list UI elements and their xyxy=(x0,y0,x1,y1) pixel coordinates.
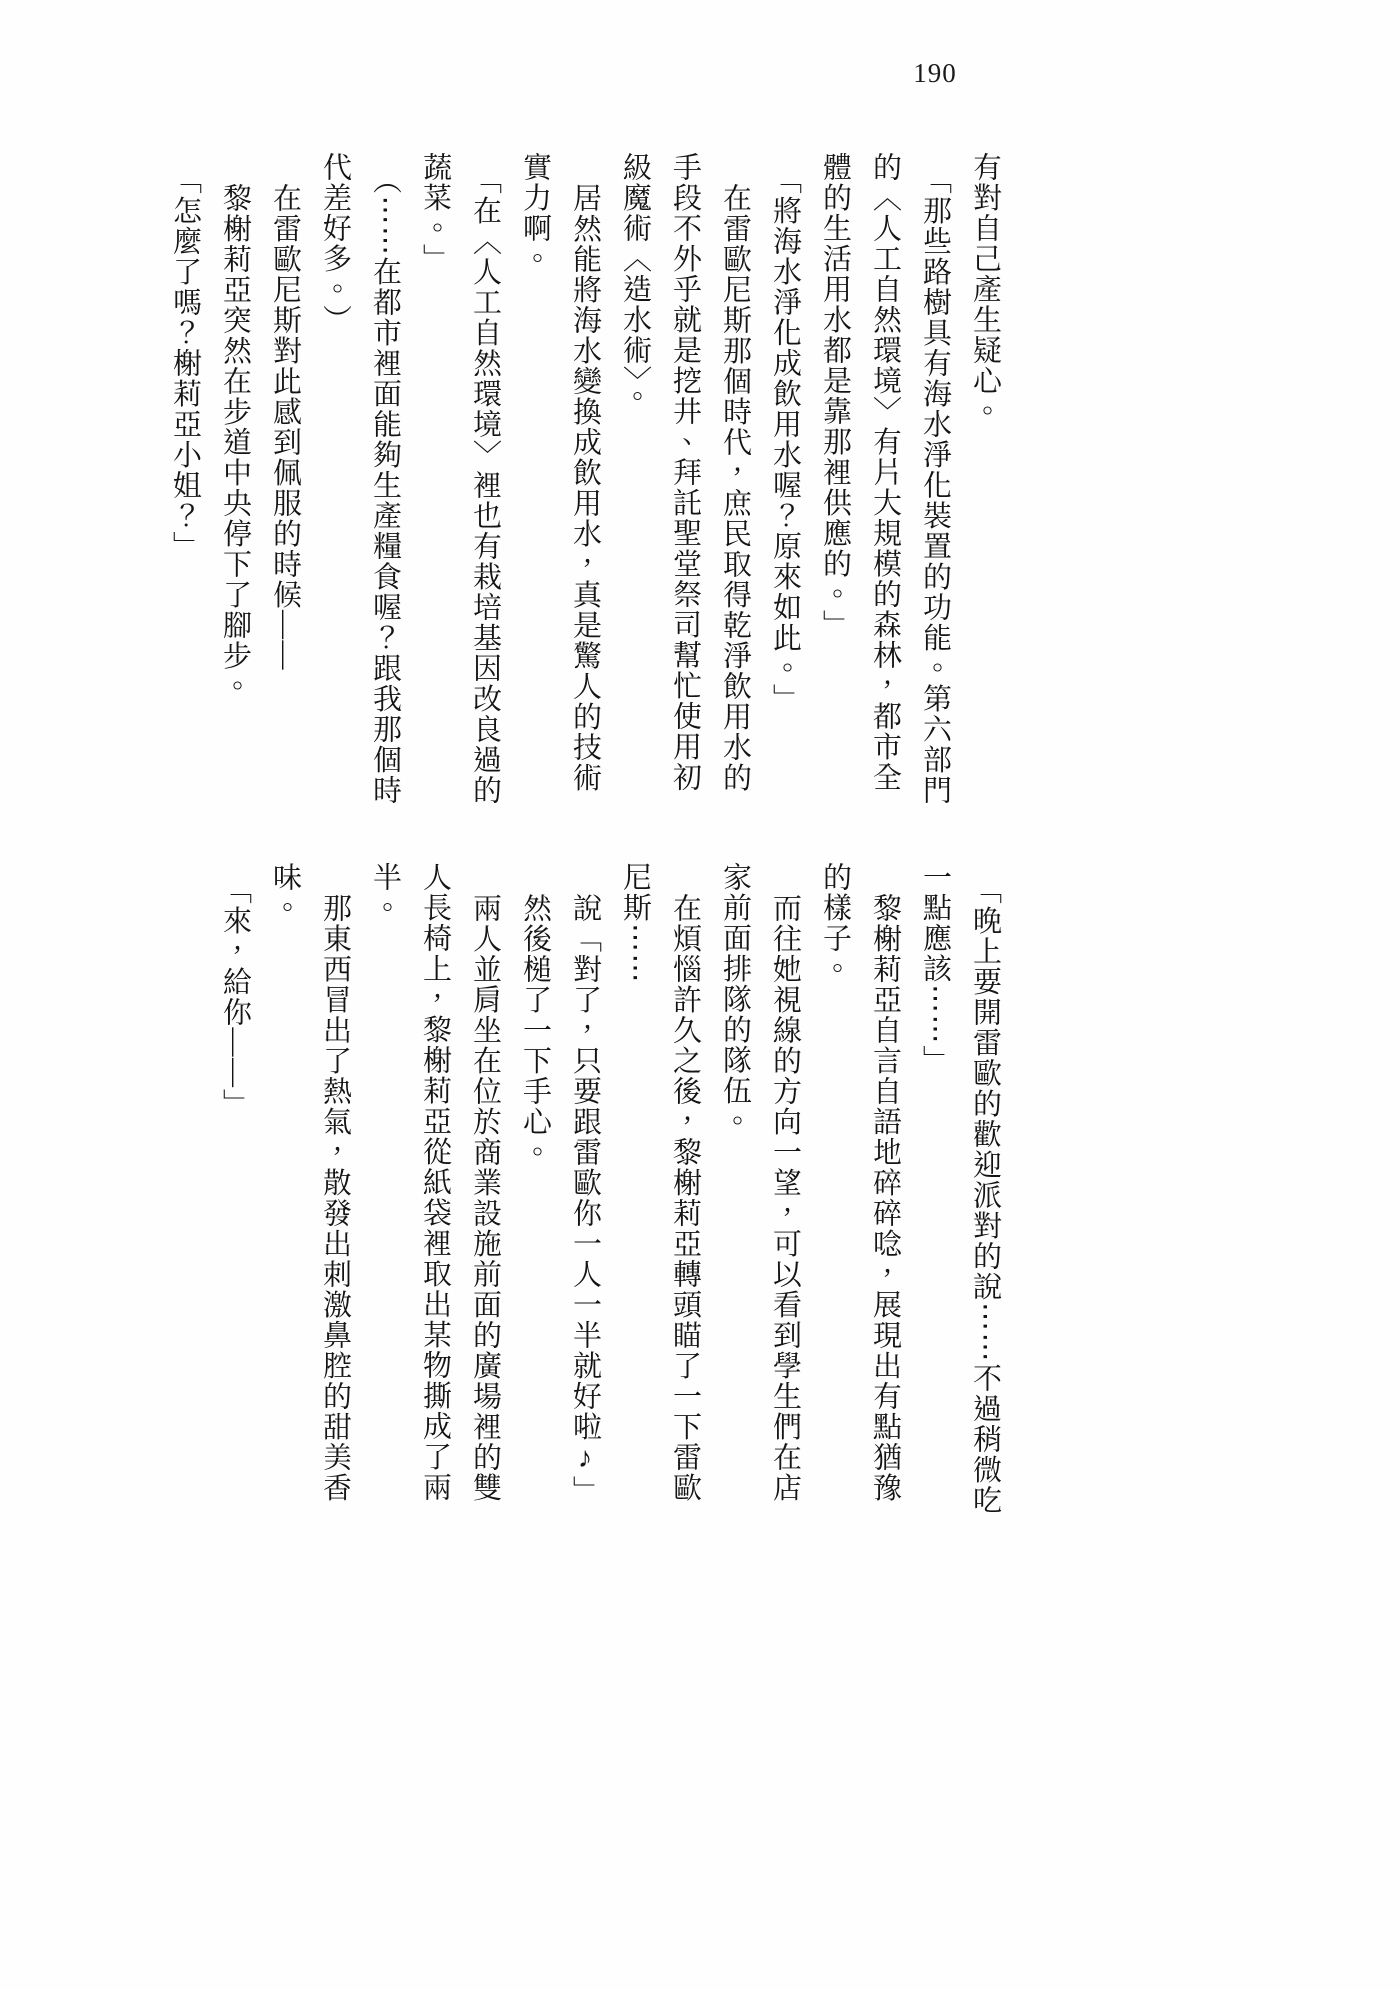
text-line: 「那些路樹具有海水淨化裝置的功能。第六部門 xyxy=(910,152,960,800)
text-line: 一點應該⋯⋯」 xyxy=(910,862,960,1510)
text-line: 居然能將海水變換成飲用水，真是驚人的技術 xyxy=(560,152,610,800)
text-line: 半。 xyxy=(360,862,410,1510)
text-line: 兩人並肩坐在位於商業設施前面的廣場裡的雙 xyxy=(460,862,510,1510)
text-line: 有對自己產生疑心。 xyxy=(960,152,1010,800)
text-line: 級魔術〈造水術〉。 xyxy=(610,152,660,800)
text-line: 在雷歐尼斯對此感到佩服的時候—— xyxy=(260,152,310,800)
text-line: 家前面排隊的隊伍。 xyxy=(710,862,760,1510)
upper-text-block: 有對自己產生疑心。 「那些路樹具有海水淨化裝置的功能。第六部門 的〈人工自然環境… xyxy=(160,152,1010,800)
text-line: 蔬菜。」 xyxy=(410,152,460,800)
text-line: 在煩惱許久之後，黎榭莉亞轉頭瞄了一下雷歐 xyxy=(660,862,710,1510)
text-line: 「晚上要開雷歐的歡迎派對的說⋯⋯不過稍微吃 xyxy=(960,862,1010,1510)
text-line: 那東西冒出了熱氣，散發出刺激鼻腔的甜美香 xyxy=(310,862,360,1510)
text-line: 然後槌了一下手心。 xyxy=(510,862,560,1510)
text-line: 的〈人工自然環境〉有片大規模的森林，都市全 xyxy=(860,152,910,800)
text-line: 而往她視線的方向一望，可以看到學生們在店 xyxy=(760,862,810,1510)
lower-text-block: 「晚上要開雷歐的歡迎派對的說⋯⋯不過稍微吃 一點應該⋯⋯」 黎榭莉亞自言自語地碎… xyxy=(210,862,1010,1510)
text-line: 「在〈人工自然環境〉裡也有栽培基因改良過的 xyxy=(460,152,510,800)
text-line: 代差好多。） xyxy=(310,152,360,800)
book-page: 190 有對自己產生疑心。 「那些路樹具有海水淨化裝置的功能。第六部門 的〈人工… xyxy=(0,0,1400,1989)
page-number: 190 xyxy=(903,58,967,89)
text-line: 實力啊。 xyxy=(510,152,560,800)
text-line: 「將海水淨化成飲用水喔？原來如此。」 xyxy=(760,152,810,800)
text-line: （⋯⋯在都市裡面能夠生產糧食喔？跟我那個時 xyxy=(360,152,410,800)
text-line: 味。 xyxy=(260,862,310,1510)
text-line: 黎榭莉亞突然在步道中央停下了腳步。 xyxy=(210,152,260,800)
text-line: 的樣子。 xyxy=(810,862,860,1510)
text-line: 人長椅上，黎榭莉亞從紙袋裡取出某物撕成了兩 xyxy=(410,862,460,1510)
text-line: 手段不外乎就是挖井、拜託聖堂祭司幫忙使用初 xyxy=(660,152,710,800)
text-line: 「怎麼了嗎？榭莉亞小姐？」 xyxy=(160,152,210,800)
text-line: 在雷歐尼斯那個時代，庶民取得乾淨飲用水的 xyxy=(710,152,760,800)
text-line: 尼斯⋯⋯ xyxy=(610,862,660,1510)
text-line: 黎榭莉亞自言自語地碎碎唸，展現出有點猶豫 xyxy=(860,862,910,1510)
text-line: 「來，給你——」 xyxy=(210,862,260,1510)
text-line: 說「對了，只要跟雷歐你一人一半就好啦♪」 xyxy=(560,862,610,1510)
text-line: 體的生活用水都是靠那裡供應的。」 xyxy=(810,152,860,800)
